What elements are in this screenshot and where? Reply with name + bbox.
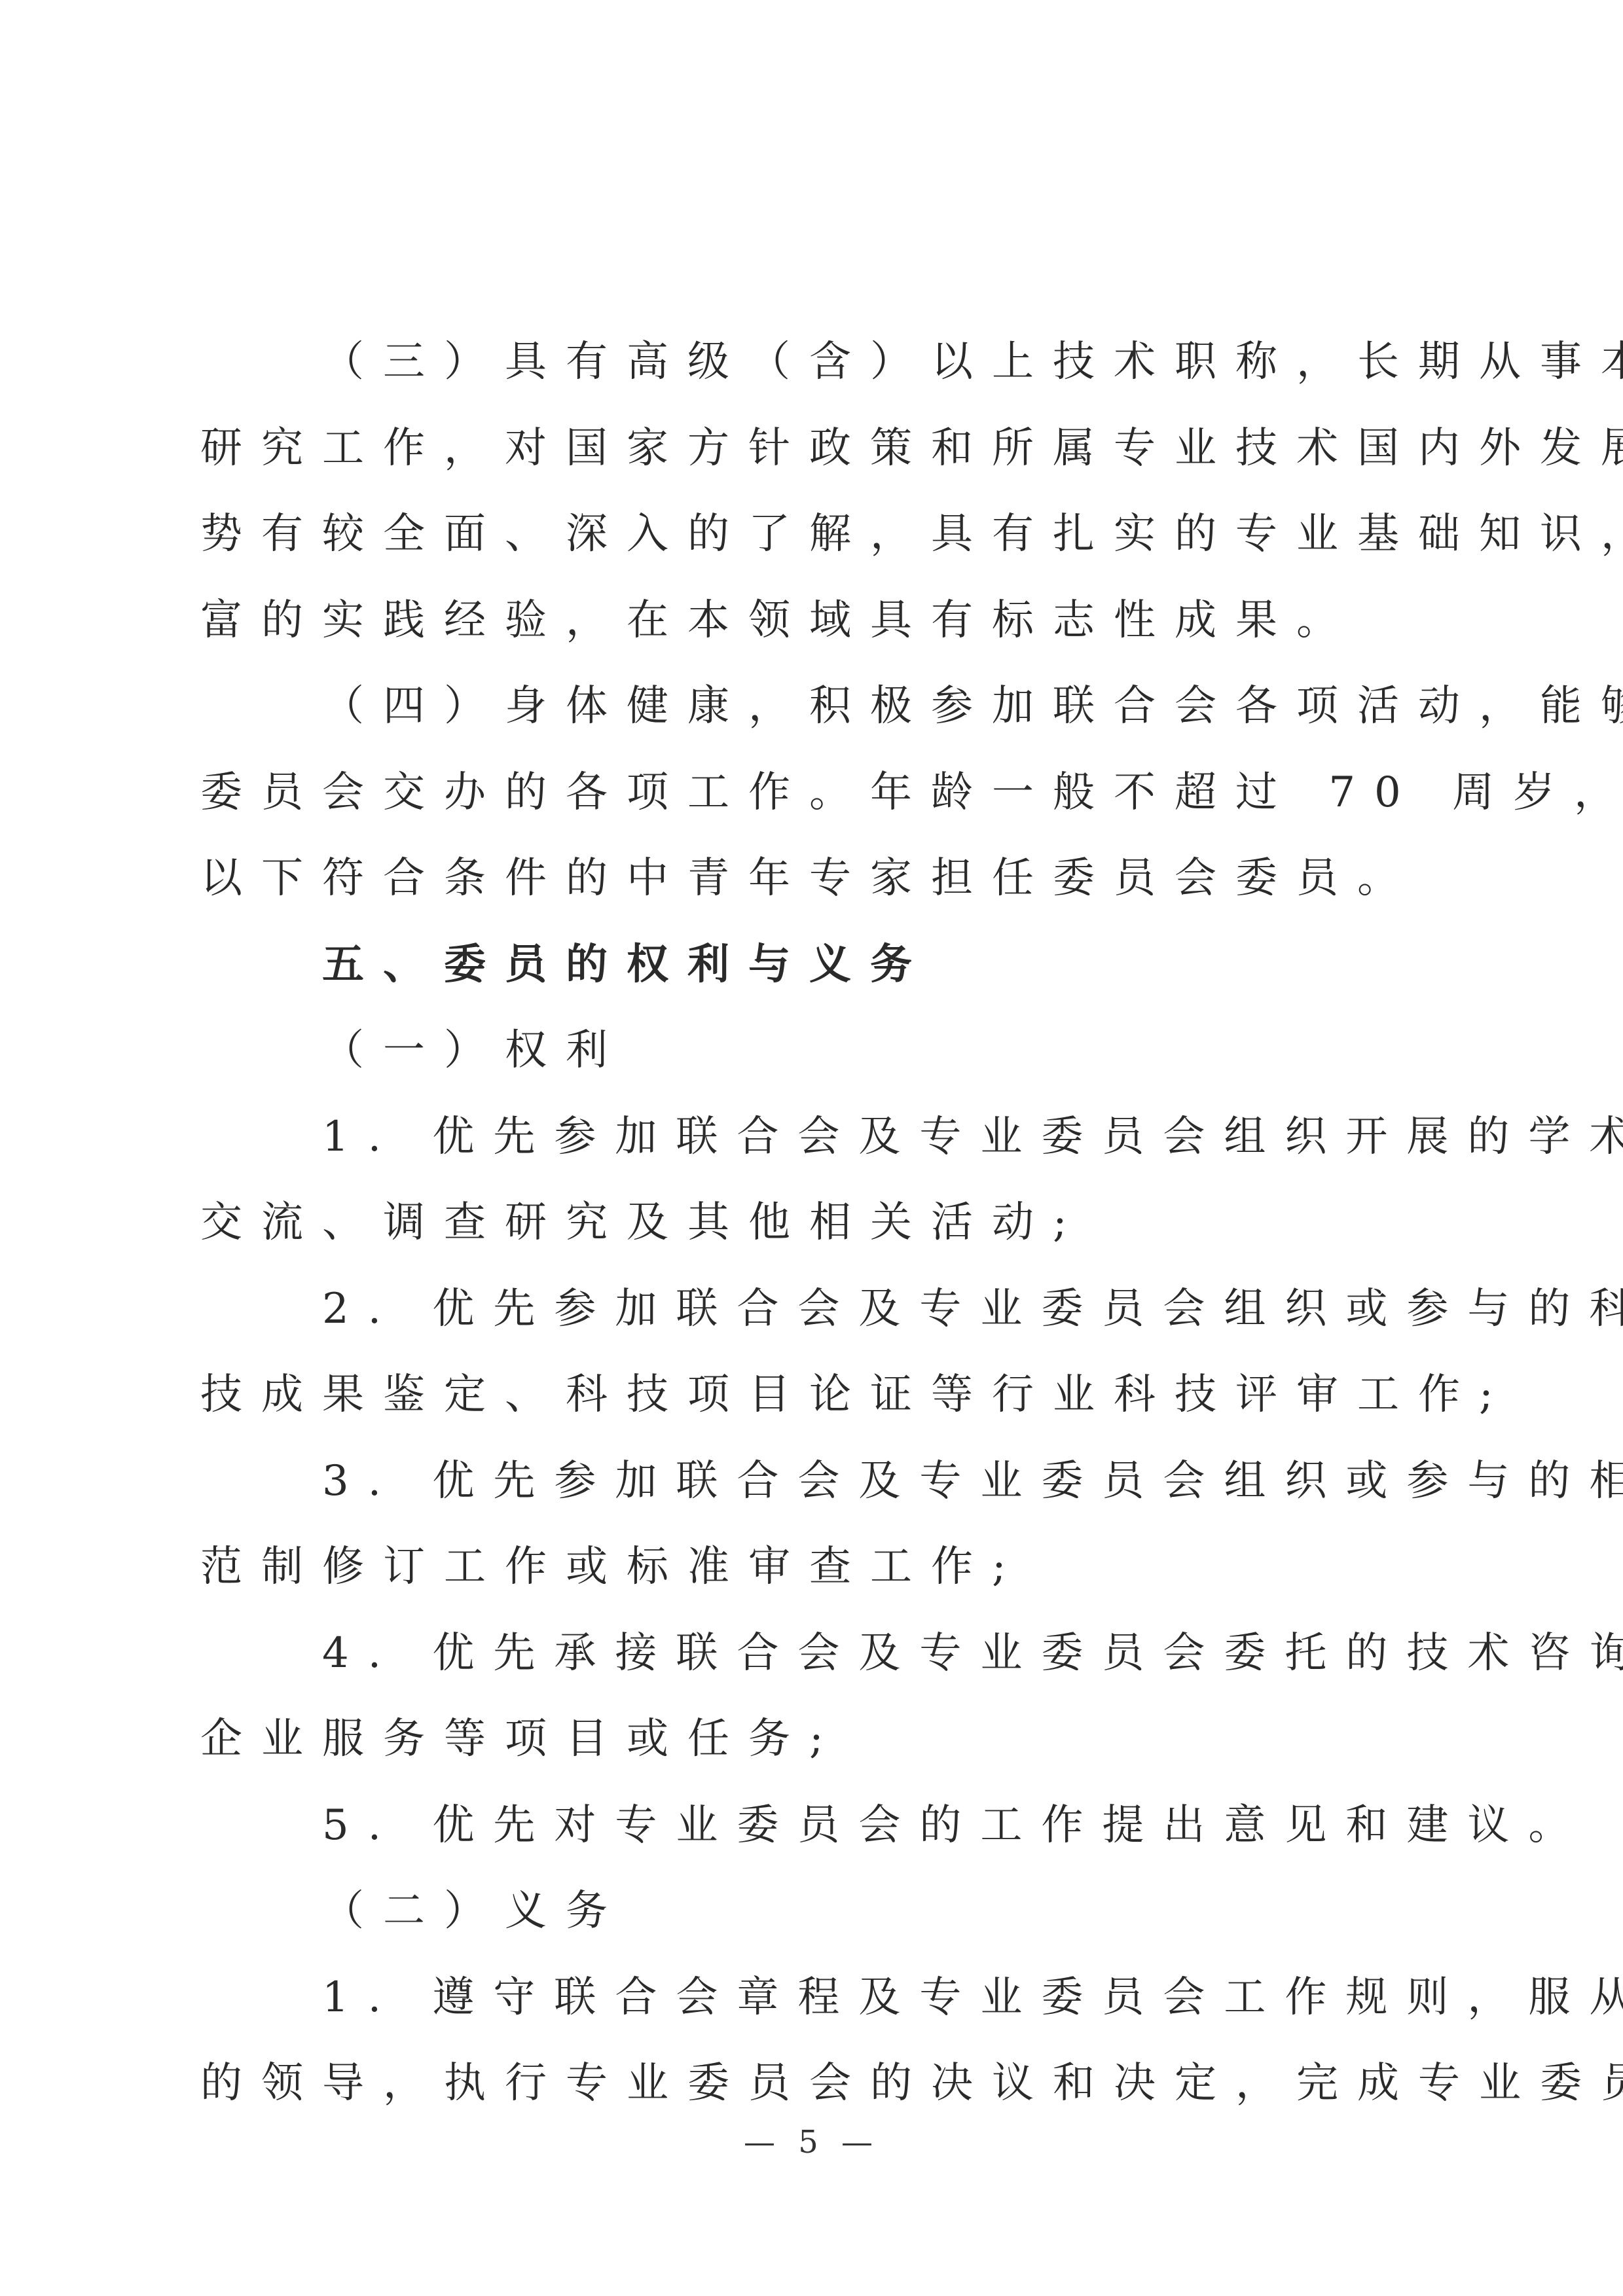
text-line: 势有较全面、深入的了解，具有扎实的专业基础知识，具有较丰 (200, 492, 1423, 578)
text-line: （三）具有高级（含）以上技术职称，长期从事本领域相关 (200, 319, 1423, 406)
text-line: 3. 优先参加联合会及专业委员会组织或参与的相关标准、规 (200, 1439, 1423, 1525)
list-item-right-5: 5. 优先对专业委员会的工作提出意见和建议。 (200, 1783, 1423, 1869)
text-line: 交流、调查研究及其他相关活动; (200, 1180, 1423, 1266)
list-item-right-3: 3. 优先参加联合会及专业委员会组织或参与的相关标准、规 范制修订工作或标准审查… (200, 1439, 1423, 1611)
text-line: 2. 优先参加联合会及专业委员会组织或参与的科技奖项、科 (200, 1266, 1423, 1353)
text-line: 1. 遵守联合会章程及专业委员会工作规则，服从专业委员会 (200, 1955, 1423, 2041)
text-line: 技成果鉴定、科技项目论证等行业科技评审工作; (200, 1352, 1423, 1439)
section-heading-rights-and-duties: 五、委员的权利与义务 (200, 922, 1423, 1009)
section-title: 五、委员的权利与义务 (200, 922, 1423, 1009)
document-page: （三）具有高级（含）以上技术职称，长期从事本领域相关 研究工作，对国家方针政策和… (200, 319, 1423, 2127)
text-line: 的领导，执行专业委员会的决议和决定，完成专业委员会安排的 (200, 2041, 1423, 2127)
text-line: 研究工作，对国家方针政策和所属专业技术国内外发展现状、趋 (200, 406, 1423, 492)
subsection-heading-duties: （二）义务 (200, 1869, 1423, 1955)
list-item-right-4: 4. 优先承接联合会及专业委员会委托的技术咨询、为政府及 企业服务等项目或任务; (200, 1611, 1423, 1783)
list-item-right-2: 2. 优先参加联合会及专业委员会组织或参与的科技奖项、科 技成果鉴定、科技项目论… (200, 1266, 1423, 1439)
subsection-title: （二）义务 (200, 1869, 1423, 1955)
list-item-right-1: 1. 优先参加联合会及专业委员会组织开展的学术交流、行业 交流、调查研究及其他相… (200, 1094, 1423, 1266)
text-line: 以下符合条件的中青年专家担任委员会委员。 (200, 836, 1423, 922)
text-line: 范制修订工作或标准审查工作; (200, 1524, 1423, 1611)
text-line: 委员会交办的各项工作。年龄一般不超过 70 周岁，鼓励 45 岁及 (200, 750, 1423, 836)
text-line: （四）身体健康，积极参加联合会各项活动，能够胜任专业 (200, 664, 1423, 750)
text-line: 企业服务等项目或任务; (200, 1696, 1423, 1783)
list-item-duty-1: 1. 遵守联合会章程及专业委员会工作规则，服从专业委员会 的领导，执行专业委员会… (200, 1955, 1423, 2127)
text-line: 4. 优先承接联合会及专业委员会委托的技术咨询、为政府及 (200, 1611, 1423, 1697)
subsection-title: （一）权利 (200, 1008, 1423, 1094)
paragraph-qualification-4: （四）身体健康，积极参加联合会各项活动，能够胜任专业 委员会交办的各项工作。年龄… (200, 664, 1423, 922)
text-line: 1. 优先参加联合会及专业委员会组织开展的学术交流、行业 (200, 1094, 1423, 1181)
text-line: 5. 优先对专业委员会的工作提出意见和建议。 (200, 1783, 1423, 1869)
paragraph-qualification-3: （三）具有高级（含）以上技术职称，长期从事本领域相关 研究工作，对国家方针政策和… (200, 319, 1423, 664)
page-number: — 5 — (0, 2124, 1623, 2161)
text-line: 富的实践经验，在本领域具有标志性成果。 (200, 578, 1423, 664)
subsection-heading-rights: （一）权利 (200, 1008, 1423, 1094)
